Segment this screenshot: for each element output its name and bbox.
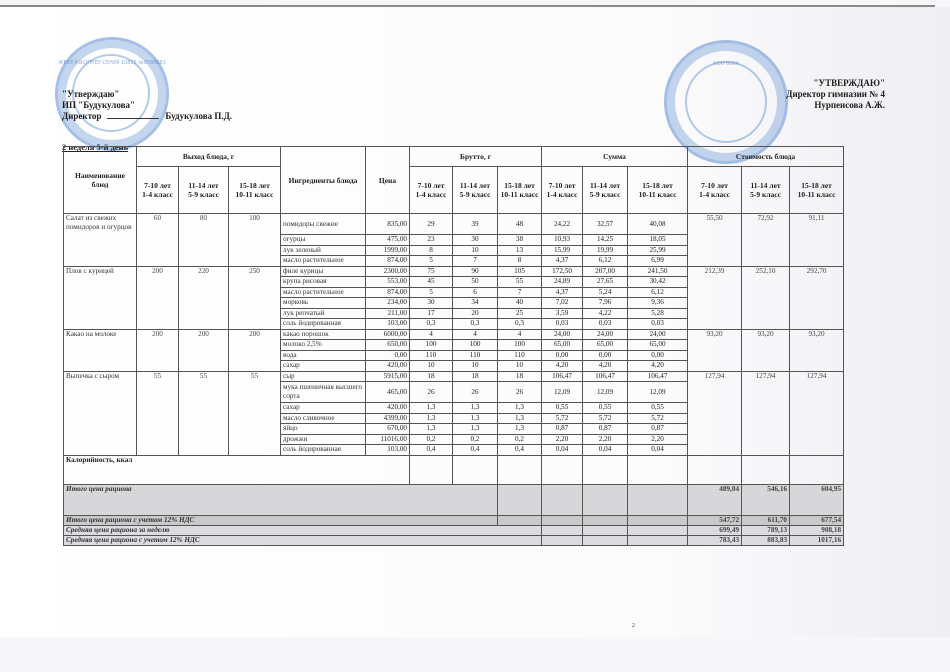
ingredient-brutto: 75 <box>410 266 453 277</box>
ingredient-sum: 4,37 <box>542 256 583 267</box>
ingredient-brutto: 26 <box>453 382 498 403</box>
age-label: 11-14 лет <box>744 181 787 190</box>
left-stamp-text: ЖЕКЕ КӘСІПКЕР СЕРИЯ 10815 №0098881 <box>58 60 166 66</box>
totals-row: Итого цена рациона с учетом 12% НДС547,7… <box>64 515 844 525</box>
totals-empty <box>583 535 628 545</box>
dish-name: Салат из свежих помидоров и огурцов <box>64 214 137 267</box>
signature-line <box>107 118 159 119</box>
scan-edge-line <box>0 5 935 7</box>
header-sum: Сумма <box>542 147 688 167</box>
ingredient-brutto: 1,3 <box>410 424 453 435</box>
ingredient-sum: 10,93 <box>542 235 583 246</box>
ingredient-sum: 0,03 <box>583 319 628 330</box>
ingredient-sum: 19,99 <box>583 245 628 256</box>
ingredient-sum: 24,89 <box>542 277 583 288</box>
header-cost: Стоимость блюда <box>688 147 844 167</box>
totals-value: 789,13 <box>742 525 790 535</box>
header-sum-age-1: 11-14 лет5-9 класс <box>583 167 628 214</box>
ingredient-sum: 65,00 <box>583 340 628 351</box>
calories-cell <box>542 455 583 484</box>
ingredient-sum: 0,00 <box>583 350 628 361</box>
ingredient-price: 465,00 <box>366 382 410 403</box>
ingredient-sum: 2,20 <box>583 434 628 445</box>
ingredient-sum: 4,20 <box>583 361 628 372</box>
ingredient-brutto: 30 <box>453 235 498 246</box>
age-label: 7-10 лет <box>139 181 176 190</box>
ingredient-sum: 12,09 <box>583 382 628 403</box>
ingredient-brutto: 25 <box>498 308 542 319</box>
ingredient-sum: 0,00 <box>628 350 688 361</box>
ingredient-price: 553,00 <box>366 277 410 288</box>
ingredient-sum: 7,96 <box>583 298 628 309</box>
header-brutto-age-0: 7-10 лет1-4 класс <box>410 167 453 214</box>
dish-yield: 55 <box>137 371 179 455</box>
ingredient-sum: 12,09 <box>628 382 688 403</box>
ingredient-price: 6000,00 <box>366 329 410 340</box>
dish-yield: 55 <box>229 371 281 455</box>
ingredient-sum: 5,72 <box>628 413 688 424</box>
ingredient-brutto: 50 <box>453 277 498 288</box>
ingredient-brutto: 0,3 <box>498 319 542 330</box>
ingredient-sum: 4,37 <box>542 287 583 298</box>
ingredient-name: филе курицы <box>281 266 366 277</box>
ingredient-name: дрожжи <box>281 434 366 445</box>
age-label: 15-18 лет <box>231 181 278 190</box>
ingredient-sum: 0,55 <box>628 403 688 414</box>
ingredient-name: молоко 2,5% <box>281 340 366 351</box>
ingredient-brutto: 100 <box>453 340 498 351</box>
dish-cost: 127,94 <box>742 371 790 455</box>
totals-label: Средняя цена рациона с учетом 12% НДС <box>64 535 542 545</box>
ingredient-sum: 106,47 <box>628 371 688 382</box>
ingredient-brutto: 110 <box>410 350 453 361</box>
ingredient-brutto: 10 <box>453 245 498 256</box>
ingredient-name: лук репчатый <box>281 308 366 319</box>
header-sum-age-0: 7-10 лет1-4 класс <box>542 167 583 214</box>
ingredient-brutto: 0,2 <box>498 434 542 445</box>
dish-yield: 220 <box>179 266 229 329</box>
totals-empty <box>542 515 583 525</box>
grade-label: 1-4 класс <box>412 190 450 199</box>
ingredient-brutto: 100 <box>498 340 542 351</box>
approval-right-name: Нурпеисова А.Ж. <box>758 100 885 111</box>
ingredient-brutto: 100 <box>410 340 453 351</box>
grade-label: 5-9 класс <box>744 190 787 199</box>
table-row: Какао на молоке200200200какао порошок600… <box>64 329 844 340</box>
ingredient-price: 835,00 <box>366 214 410 235</box>
table-row: Выпечка с сыром555555сыр5915,00181818106… <box>64 371 844 382</box>
ingredient-sum: 4,20 <box>628 361 688 372</box>
header-dish-name: Наименование блюд <box>64 147 137 214</box>
dish-yield: 60 <box>137 214 179 267</box>
calories-row: Калорийность, ккал <box>64 455 844 484</box>
ingredient-brutto: 17 <box>410 308 453 319</box>
calories-cell <box>583 455 628 484</box>
dish-cost: 55,50 <box>688 214 742 267</box>
ingredient-price: 420,00 <box>366 361 410 372</box>
totals-empty <box>583 484 628 515</box>
dish-cost: 127,94 <box>688 371 742 455</box>
totals-row: Средняя цена рациона за неделю699,49789,… <box>64 525 844 535</box>
dish-cost: 72,92 <box>742 214 790 267</box>
table-row: Плов с курицей200220250филе курицы2300,0… <box>64 266 844 277</box>
ingredient-brutto: 7 <box>453 256 498 267</box>
approval-right-title: "УТВЕРЖДАЮ" <box>758 78 885 89</box>
age-label: 15-18 лет <box>500 181 539 190</box>
ingredient-brutto: 5 <box>410 256 453 267</box>
menu-table: Наименование блюд Выход блюда, г Ингреди… <box>63 146 844 546</box>
totals-empty <box>628 535 688 545</box>
table-row: Салат из свежих помидоров и огурцов60801… <box>64 214 844 235</box>
header-yield: Выход блюда, г <box>137 147 281 167</box>
ingredient-brutto: 20 <box>453 308 498 319</box>
ingredient-price: 1999,00 <box>366 245 410 256</box>
grade-label: 10-11 класс <box>231 190 278 199</box>
ingredient-brutto: 39 <box>453 214 498 235</box>
grade-label: 10-11 класс <box>630 190 685 199</box>
calories-cell <box>790 455 844 484</box>
approval-left-name: Будукулова П.Д. <box>165 111 232 121</box>
dish-name: Какао на молоке <box>64 329 137 371</box>
ingredient-brutto: 1,3 <box>453 424 498 435</box>
ingredient-price: 5915,00 <box>366 371 410 382</box>
ingredient-sum: 0,00 <box>542 350 583 361</box>
ingredient-brutto: 105 <box>498 266 542 277</box>
totals-empty <box>583 515 628 525</box>
ingredient-sum: 40,08 <box>628 214 688 235</box>
dish-cost: 127,94 <box>790 371 844 455</box>
dish-yield: 55 <box>179 371 229 455</box>
dish-cost: 292,70 <box>790 266 844 329</box>
grade-label: 5-9 класс <box>455 190 495 199</box>
calories-cell <box>498 455 542 484</box>
totals-value: 883,83 <box>742 535 790 545</box>
ingredient-name: соль йодированная <box>281 445 366 456</box>
ingredient-price: 420,00 <box>366 403 410 414</box>
header-cost-age-1: 11-14 лет5-9 класс <box>742 167 790 214</box>
ingredient-sum: 25,99 <box>628 245 688 256</box>
ingredient-brutto: 38 <box>498 235 542 246</box>
header-brutto-age-1: 11-14 лет5-9 класс <box>453 167 498 214</box>
totals-value: 908,18 <box>790 525 844 535</box>
ingredient-brutto: 1,3 <box>498 424 542 435</box>
ingredient-name: крупа рисовая <box>281 277 366 288</box>
right-stamp-text: КОН 8004 <box>667 61 785 67</box>
ingredient-brutto: 30 <box>410 298 453 309</box>
menu-body: Салат из свежих помидоров и огурцов60801… <box>64 214 844 546</box>
ingredient-sum: 27,65 <box>583 277 628 288</box>
ingredient-name: вода <box>281 350 366 361</box>
ingredient-name: морковь <box>281 298 366 309</box>
dish-cost: 252,10 <box>742 266 790 329</box>
ingredient-brutto: 90 <box>453 266 498 277</box>
ingredient-brutto: 4 <box>410 329 453 340</box>
ingredient-brutto: 18 <box>453 371 498 382</box>
age-label: 15-18 лет <box>630 181 685 190</box>
ingredient-price: 650,00 <box>366 340 410 351</box>
ingredient-price: 874,00 <box>366 287 410 298</box>
ingredient-sum: 241,50 <box>628 266 688 277</box>
ingredient-name: лук зеленый <box>281 245 366 256</box>
totals-value: 1017,16 <box>790 535 844 545</box>
ingredient-sum: 0,87 <box>583 424 628 435</box>
ingredient-brutto: 1,3 <box>410 403 453 414</box>
ingredient-name: помидоры свежие <box>281 214 366 235</box>
ingredient-sum: 0,87 <box>628 424 688 435</box>
ingredient-brutto: 26 <box>498 382 542 403</box>
ingredient-name: огурцы <box>281 235 366 246</box>
ingredient-brutto: 4 <box>453 329 498 340</box>
totals-value: 677,54 <box>790 515 844 525</box>
totals-empty <box>498 515 542 525</box>
ingredient-price: 874,00 <box>366 256 410 267</box>
ingredient-brutto: 18 <box>498 371 542 382</box>
ingredient-sum: 106,47 <box>542 371 583 382</box>
approval-left-title: "Утверждаю" <box>62 89 232 100</box>
ingredient-brutto: 4 <box>498 329 542 340</box>
ingredient-price: 0,00 <box>366 350 410 361</box>
ingredient-name: масло растительное <box>281 256 366 267</box>
totals-empty <box>542 484 583 515</box>
totals-empty <box>628 484 688 515</box>
dish-cost: 93,20 <box>742 329 790 371</box>
ingredient-sum: 65,00 <box>628 340 688 351</box>
ingredient-sum: 7,02 <box>542 298 583 309</box>
ingredient-brutto: 18 <box>410 371 453 382</box>
ingredient-sum: 65,00 <box>542 340 583 351</box>
ingredient-price: 475,00 <box>366 235 410 246</box>
grade-label: 1-4 класс <box>544 190 580 199</box>
dish-yield: 100 <box>229 214 281 267</box>
header-ingredients: Ингредиенты блюда <box>281 147 366 214</box>
ingredient-sum: 32,57 <box>583 214 628 235</box>
age-group-header-row: 7-10 лет1-4 класс11-14 лет5-9 класс15-18… <box>64 167 844 214</box>
approval-right-role: Директор гимназии № 4 <box>758 89 885 100</box>
ingredient-brutto: 1,3 <box>453 403 498 414</box>
age-label: 11-14 лет <box>181 181 226 190</box>
approval-left-signature-line: ДиректорБудукулова П.Д. <box>62 111 232 122</box>
dish-cost: 93,20 <box>790 329 844 371</box>
ingredient-sum: 106,47 <box>583 371 628 382</box>
approval-left-org: ИП "Будукулова" <box>62 100 232 111</box>
age-label: 15-18 лет <box>792 181 841 190</box>
dish-yield: 200 <box>179 329 229 371</box>
ingredient-name: соль йодированная <box>281 319 366 330</box>
ingredient-brutto: 0,2 <box>453 434 498 445</box>
ingredient-brutto: 0,4 <box>410 445 453 456</box>
age-label: 7-10 лет <box>690 181 739 190</box>
grade-label: 10-11 класс <box>500 190 539 199</box>
ingredient-price: 2300,00 <box>366 266 410 277</box>
totals-label: Средняя цена рациона за неделю <box>64 525 542 535</box>
ingredient-name: яйцо <box>281 424 366 435</box>
ingredient-sum: 15,99 <box>542 245 583 256</box>
totals-empty <box>583 525 628 535</box>
totals-value: 611,70 <box>742 515 790 525</box>
totals-label: Итого цена рациона <box>64 484 498 515</box>
calories-cell <box>628 455 688 484</box>
ingredient-brutto: 34 <box>453 298 498 309</box>
ingredient-sum: 0,04 <box>542 445 583 456</box>
ingredient-sum: 0,03 <box>542 319 583 330</box>
ingredient-name: сыр <box>281 371 366 382</box>
ingredient-brutto: 1,3 <box>410 413 453 424</box>
ingredient-sum: 0,04 <box>628 445 688 456</box>
ingredient-brutto: 29 <box>410 214 453 235</box>
totals-empty <box>542 535 583 545</box>
ingredient-sum: 2,20 <box>628 434 688 445</box>
ingredient-brutto: 0,4 <box>453 445 498 456</box>
ingredient-sum: 5,24 <box>583 287 628 298</box>
calories-label: Калорийность, ккал <box>64 455 410 484</box>
dish-yield: 200 <box>137 266 179 329</box>
age-label: 7-10 лет <box>544 181 580 190</box>
totals-empty <box>498 484 542 515</box>
age-label: 7-10 лет <box>412 181 450 190</box>
ingredient-brutto: 6 <box>453 287 498 298</box>
header-sum-age-2: 15-18 лет10-11 класс <box>628 167 688 214</box>
approval-block-left: "Утверждаю" ИП "Будукулова" ДиректорБуду… <box>62 89 232 122</box>
ingredient-brutto: 7 <box>498 287 542 298</box>
ingredient-sum: 5,28 <box>628 308 688 319</box>
approval-left-role: Директор <box>62 111 101 121</box>
ingredient-sum: 30,42 <box>628 277 688 288</box>
ingredient-brutto: 23 <box>410 235 453 246</box>
ingredient-sum: 0,03 <box>628 319 688 330</box>
ingredient-sum: 4,22 <box>583 308 628 319</box>
calories-cell <box>410 455 453 484</box>
dish-yield: 200 <box>137 329 179 371</box>
ingredient-sum: 6,12 <box>628 287 688 298</box>
ingredient-brutto: 26 <box>410 382 453 403</box>
ingredient-brutto: 10 <box>453 361 498 372</box>
ingredient-sum: 5,72 <box>583 413 628 424</box>
dish-name: Плов с курицей <box>64 266 137 329</box>
ingredient-sum: 6,12 <box>583 256 628 267</box>
ingredient-sum: 24,00 <box>542 329 583 340</box>
ingredient-price: 11016,00 <box>366 434 410 445</box>
ingredient-sum: 24,00 <box>583 329 628 340</box>
ingredient-brutto: 0,3 <box>453 319 498 330</box>
dish-yield: 200 <box>229 329 281 371</box>
ingredient-brutto: 8 <box>498 256 542 267</box>
ingredient-brutto: 0,2 <box>410 434 453 445</box>
ingredient-brutto: 10 <box>410 361 453 372</box>
ingredient-sum: 4,20 <box>542 361 583 372</box>
ingredient-sum: 6,99 <box>628 256 688 267</box>
header-yield-age-0: 7-10 лет1-4 класс <box>137 167 179 214</box>
dish-cost: 91,11 <box>790 214 844 267</box>
totals-value: 547,72 <box>688 515 742 525</box>
ingredient-brutto: 0,4 <box>498 445 542 456</box>
ingredient-sum: 0,04 <box>583 445 628 456</box>
ingredient-brutto: 1,3 <box>498 403 542 414</box>
ingredient-sum: 0,55 <box>542 403 583 414</box>
ingredient-price: 670,00 <box>366 424 410 435</box>
dish-yield: 80 <box>179 214 229 267</box>
header-cost-age-0: 7-10 лет1-4 класс <box>688 167 742 214</box>
grade-label: 1-4 класс <box>690 190 739 199</box>
totals-label: Итого цена рациона с учетом 12% НДС <box>64 515 498 525</box>
header-brutto: Брутто, г <box>410 147 542 167</box>
ingredient-brutto: 8 <box>410 245 453 256</box>
calories-cell <box>742 455 790 484</box>
ingredient-price: 4399,00 <box>366 413 410 424</box>
ingredient-name: мука пшеничная высшего сорта <box>281 382 366 403</box>
header-cost-age-2: 15-18 лет10-11 класс <box>790 167 844 214</box>
age-label: 11-14 лет <box>455 181 495 190</box>
grade-label: 5-9 класс <box>585 190 625 199</box>
totals-value: 783,43 <box>688 535 742 545</box>
ingredient-brutto: 48 <box>498 214 542 235</box>
ingredient-brutto: 13 <box>498 245 542 256</box>
ingredient-name: сахар <box>281 361 366 372</box>
header-yield-age-1: 11-14 лет5-9 класс <box>179 167 229 214</box>
ingredient-sum: 172,50 <box>542 266 583 277</box>
ingredient-brutto: 5 <box>410 287 453 298</box>
totals-empty <box>628 525 688 535</box>
ingredient-name: сахар <box>281 403 366 414</box>
ingredient-sum: 0,87 <box>542 424 583 435</box>
totals-row: Итого цена рациона489,04546,16604,95 <box>64 484 844 515</box>
dish-cost: 212,39 <box>688 266 742 329</box>
ingredient-name: какао порошок <box>281 329 366 340</box>
ingredient-price: 103,00 <box>366 319 410 330</box>
ingredient-sum: 0,55 <box>583 403 628 414</box>
ingredient-sum: 12,09 <box>542 382 583 403</box>
totals-empty <box>628 515 688 525</box>
dish-yield: 250 <box>229 266 281 329</box>
ingredient-sum: 2,20 <box>542 434 583 445</box>
ingredient-sum: 14,25 <box>583 235 628 246</box>
ingredient-sum: 3,59 <box>542 308 583 319</box>
age-label: 11-14 лет <box>585 181 625 190</box>
calories-cell <box>688 455 742 484</box>
totals-empty <box>542 525 583 535</box>
grade-label: 10-11 класс <box>792 190 841 199</box>
ingredient-sum: 5,72 <box>542 413 583 424</box>
ingredient-brutto: 1,3 <box>453 413 498 424</box>
ingredient-sum: 18,05 <box>628 235 688 246</box>
ingredient-price: 211,00 <box>366 308 410 319</box>
totals-value: 699,49 <box>688 525 742 535</box>
ingredient-price: 234,00 <box>366 298 410 309</box>
ingredient-brutto: 40 <box>498 298 542 309</box>
ingredient-price: 103,00 <box>366 445 410 456</box>
grade-label: 1-4 класс <box>139 190 176 199</box>
approval-block-right: "УТВЕРЖДАЮ" Директор гимназии № 4 Нурпеи… <box>758 78 885 111</box>
header-price: Цена <box>366 147 410 214</box>
header-brutto-age-2: 15-18 лет10-11 класс <box>498 167 542 214</box>
dish-cost: 93,20 <box>688 329 742 371</box>
ingredient-sum: 9,36 <box>628 298 688 309</box>
ingredient-sum: 24,22 <box>542 214 583 235</box>
ingredient-name: масло растительное <box>281 287 366 298</box>
totals-row: Средняя цена рациона с учетом 12% НДС783… <box>64 535 844 545</box>
ingredient-brutto: 110 <box>453 350 498 361</box>
ingredient-brutto: 110 <box>498 350 542 361</box>
ingredient-brutto: 10 <box>498 361 542 372</box>
totals-value: 604,95 <box>790 484 844 515</box>
ingredient-brutto: 45 <box>410 277 453 288</box>
ingredient-sum: 24,00 <box>628 329 688 340</box>
ingredient-name: масло сливочное <box>281 413 366 424</box>
ingredient-brutto: 0,3 <box>410 319 453 330</box>
grade-label: 5-9 класс <box>181 190 226 199</box>
dish-name: Выпечка с сыром <box>64 371 137 455</box>
ingredient-brutto: 1,3 <box>498 413 542 424</box>
page-number: 2 <box>632 623 635 629</box>
